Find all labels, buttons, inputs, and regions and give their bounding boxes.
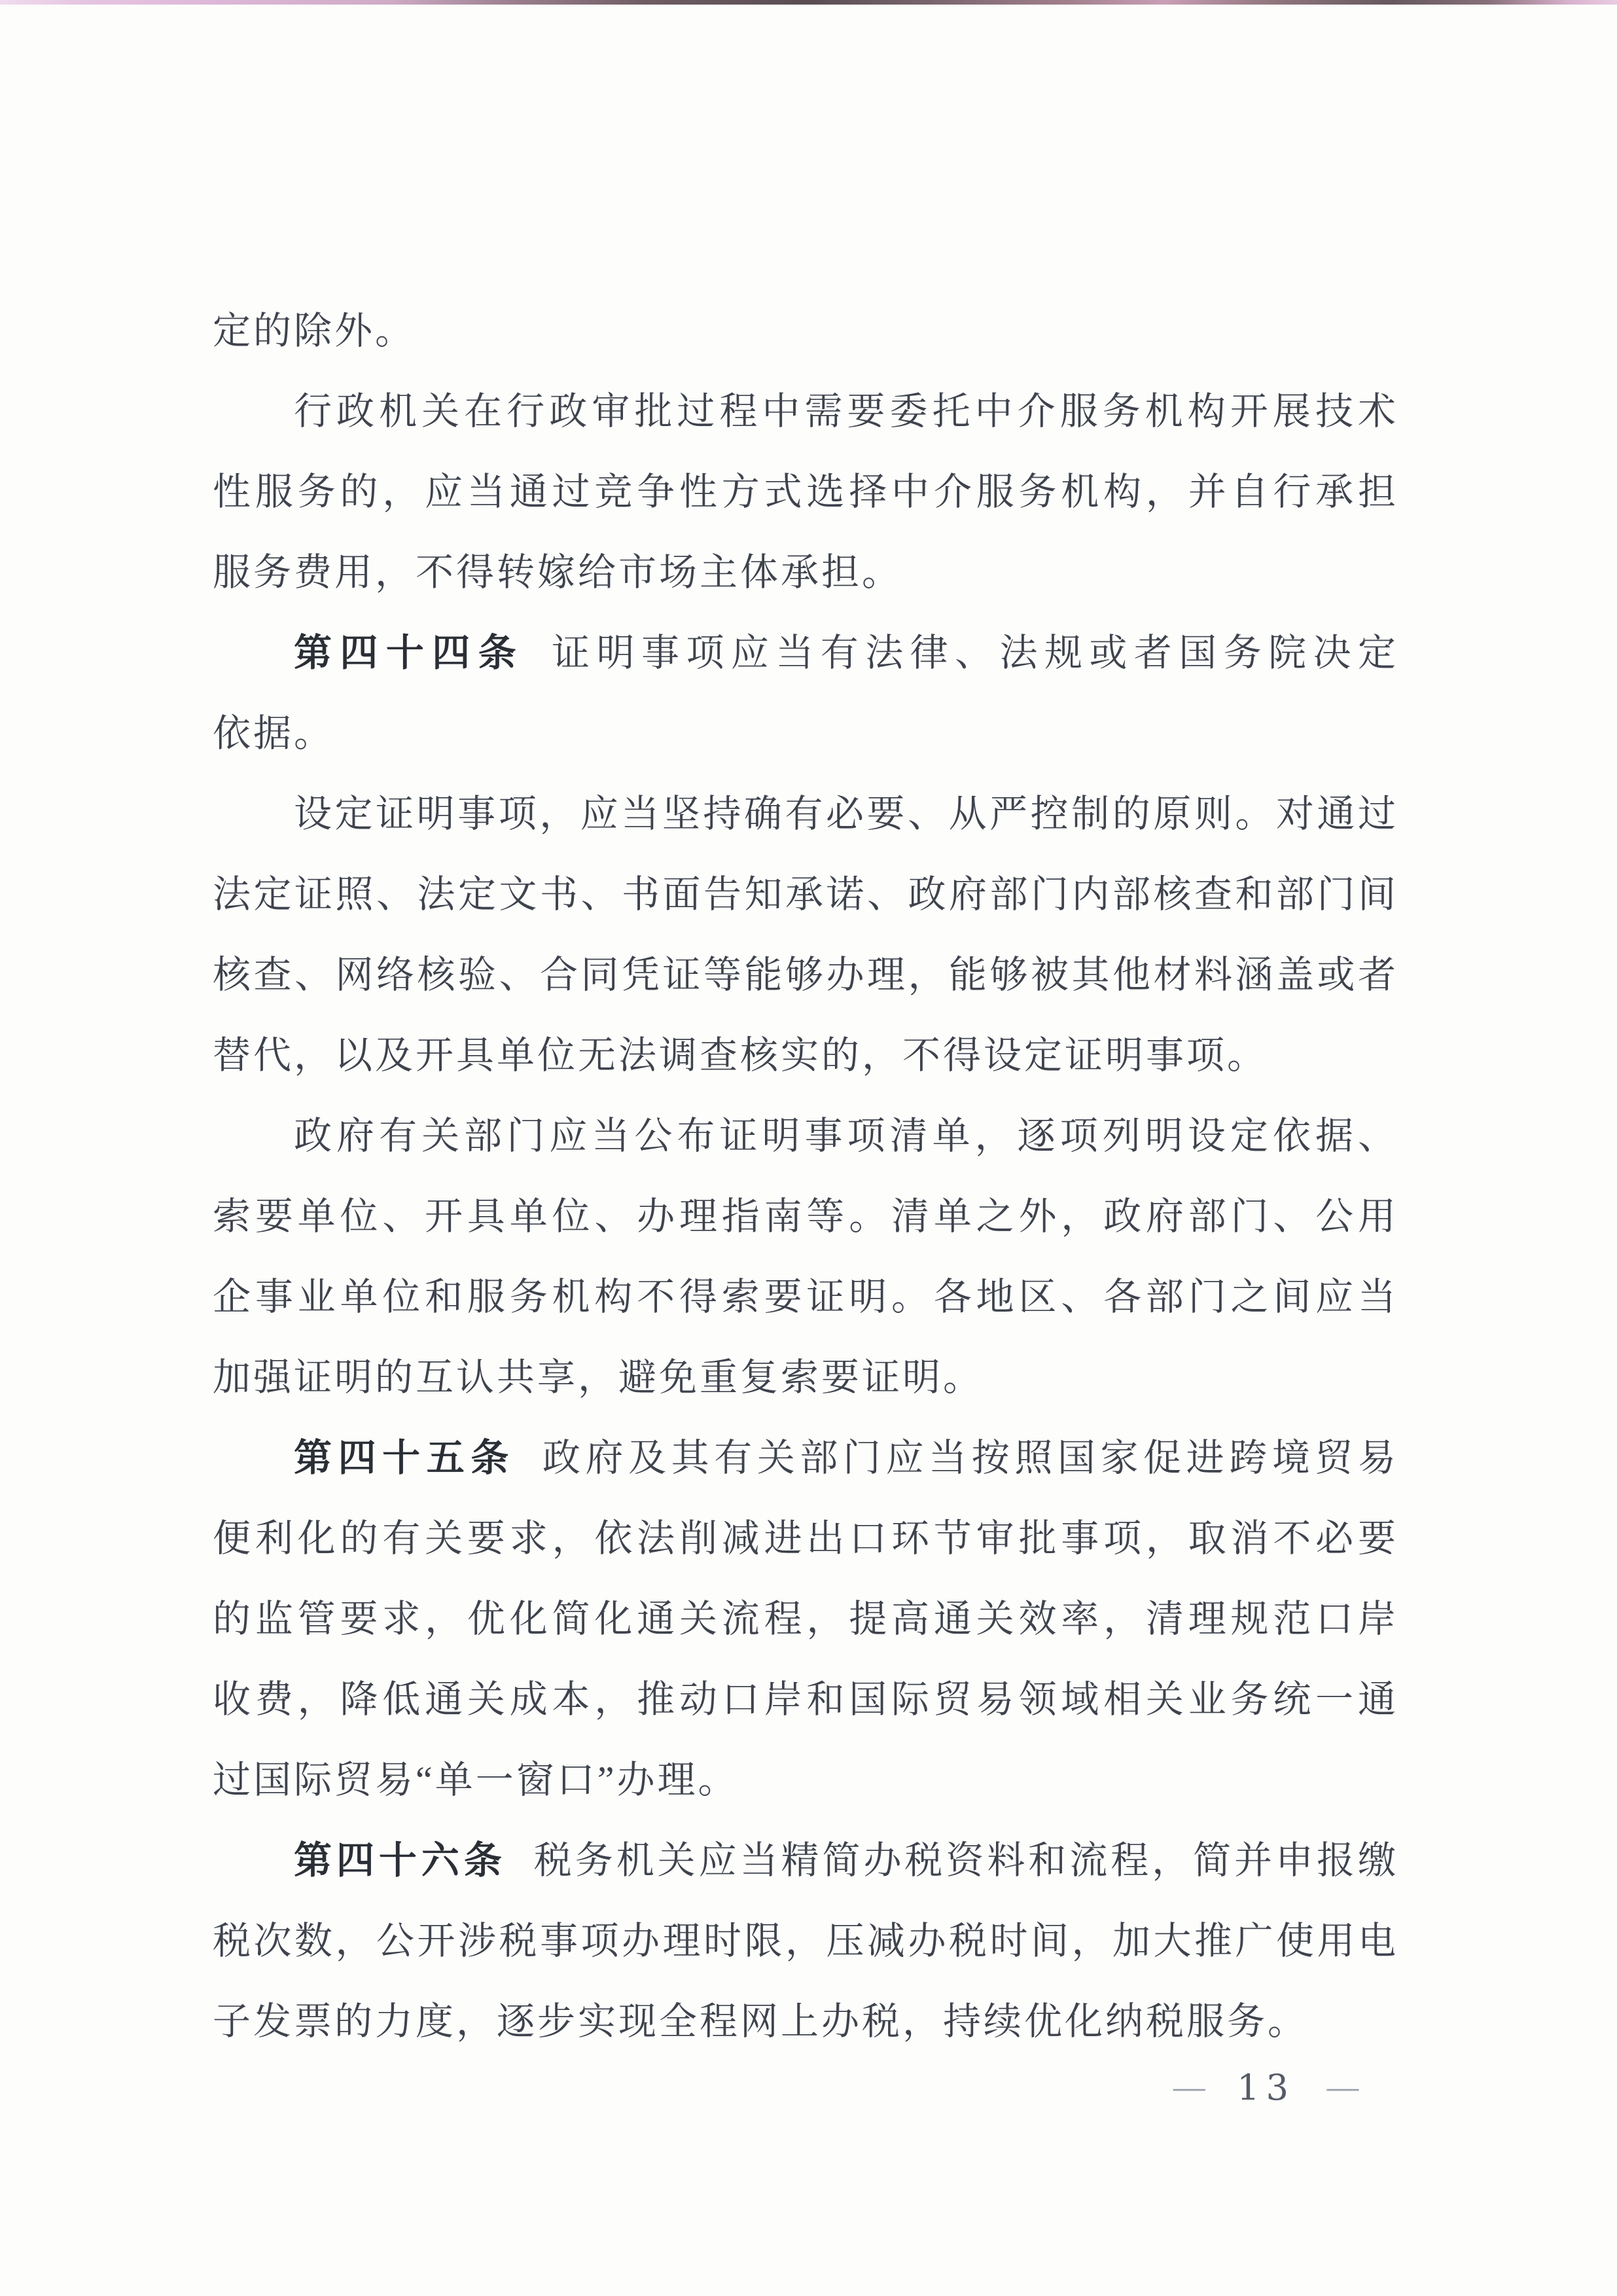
text-line: 企事业单位和服务机构不得索要证明。各地区、各部门之间应当 [213, 1257, 1398, 1337]
text-line: 核查、网络核验、合同凭证等能够办理，能够被其他材料涵盖或者 [213, 935, 1398, 1015]
text-line: 依据。 [213, 693, 1398, 774]
text-line: 第四十四条证明事项应当有法律、法规或者国务院决定 [213, 613, 1398, 693]
text-line: 行政机关在行政审批过程中需要委托中介服务机构开展技术 [213, 371, 1398, 452]
text-line: 第四十六条税务机关应当精简办税资料和流程，简并申报缴 [213, 1820, 1398, 1901]
article-number: 第四十四条 [294, 630, 524, 675]
text-line: 税次数，公开涉税事项办理时限，压减办税时间，加大推广使用电 [213, 1901, 1398, 1981]
text-line: 收费，降低通关成本，推动口岸和国际贸易领域相关业务统一通 [213, 1659, 1398, 1740]
text-line: 政府有关部门应当公布证明事项清单，逐项列明设定依据、 [213, 1096, 1398, 1176]
text-line: 加强证明的互认共享，避免重复索要证明。 [213, 1337, 1398, 1418]
document-page: 定的除外。行政机关在行政审批过程中需要委托中介服务机构开展技术性服务的，应当通过… [0, 0, 1617, 2296]
text-line: 子发票的力度，逐步实现全程网上办税，持续优化纳税服务。 [213, 1981, 1398, 2062]
footer-dash-right: — [1325, 2071, 1360, 2104]
text-line: 过国际贸易“单一窗口”办理。 [213, 1740, 1398, 1820]
text-line: 法定证照、法定文书、书面告知承诺、政府部门内部核查和部门间 [213, 854, 1398, 935]
text-line: 的监管要求，优化简化通关流程，提高通关效率，清理规范口岸 [213, 1579, 1398, 1659]
footer-dash-left: — [1171, 2071, 1207, 2104]
article-number: 第四十六条 [294, 1838, 506, 1882]
text-line: 设定证明事项，应当坚持确有必要、从严控制的原则。对通过 [213, 774, 1398, 854]
text-line: 服务费用，不得转嫁给市场主体承担。 [213, 532, 1398, 613]
text-line: 便利化的有关要求，依法削减进出口环节审批事项，取消不必要 [213, 1498, 1398, 1579]
scan-edge-line [0, 0, 1617, 5]
document-body: 定的除外。行政机关在行政审批过程中需要委托中介服务机构开展技术性服务的，应当通过… [213, 291, 1398, 2062]
article-number: 第四十五条 [294, 1435, 515, 1480]
text-line: 性服务的，应当通过竞争性方式选择中介服务机构，并自行承担 [213, 452, 1398, 532]
text-line: 索要单位、开具单位、办理指南等。清单之外，政府部门、公用 [213, 1176, 1398, 1257]
page-footer: — 13 — [1171, 2067, 1360, 2108]
text-line: 定的除外。 [213, 291, 1398, 371]
text-line: 替代，以及开具单位无法调查核实的，不得设定证明事项。 [213, 1015, 1398, 1096]
text-line: 第四十五条政府及其有关部门应当按照国家促进跨境贸易 [213, 1418, 1398, 1498]
page-number: 13 [1237, 2067, 1295, 2108]
